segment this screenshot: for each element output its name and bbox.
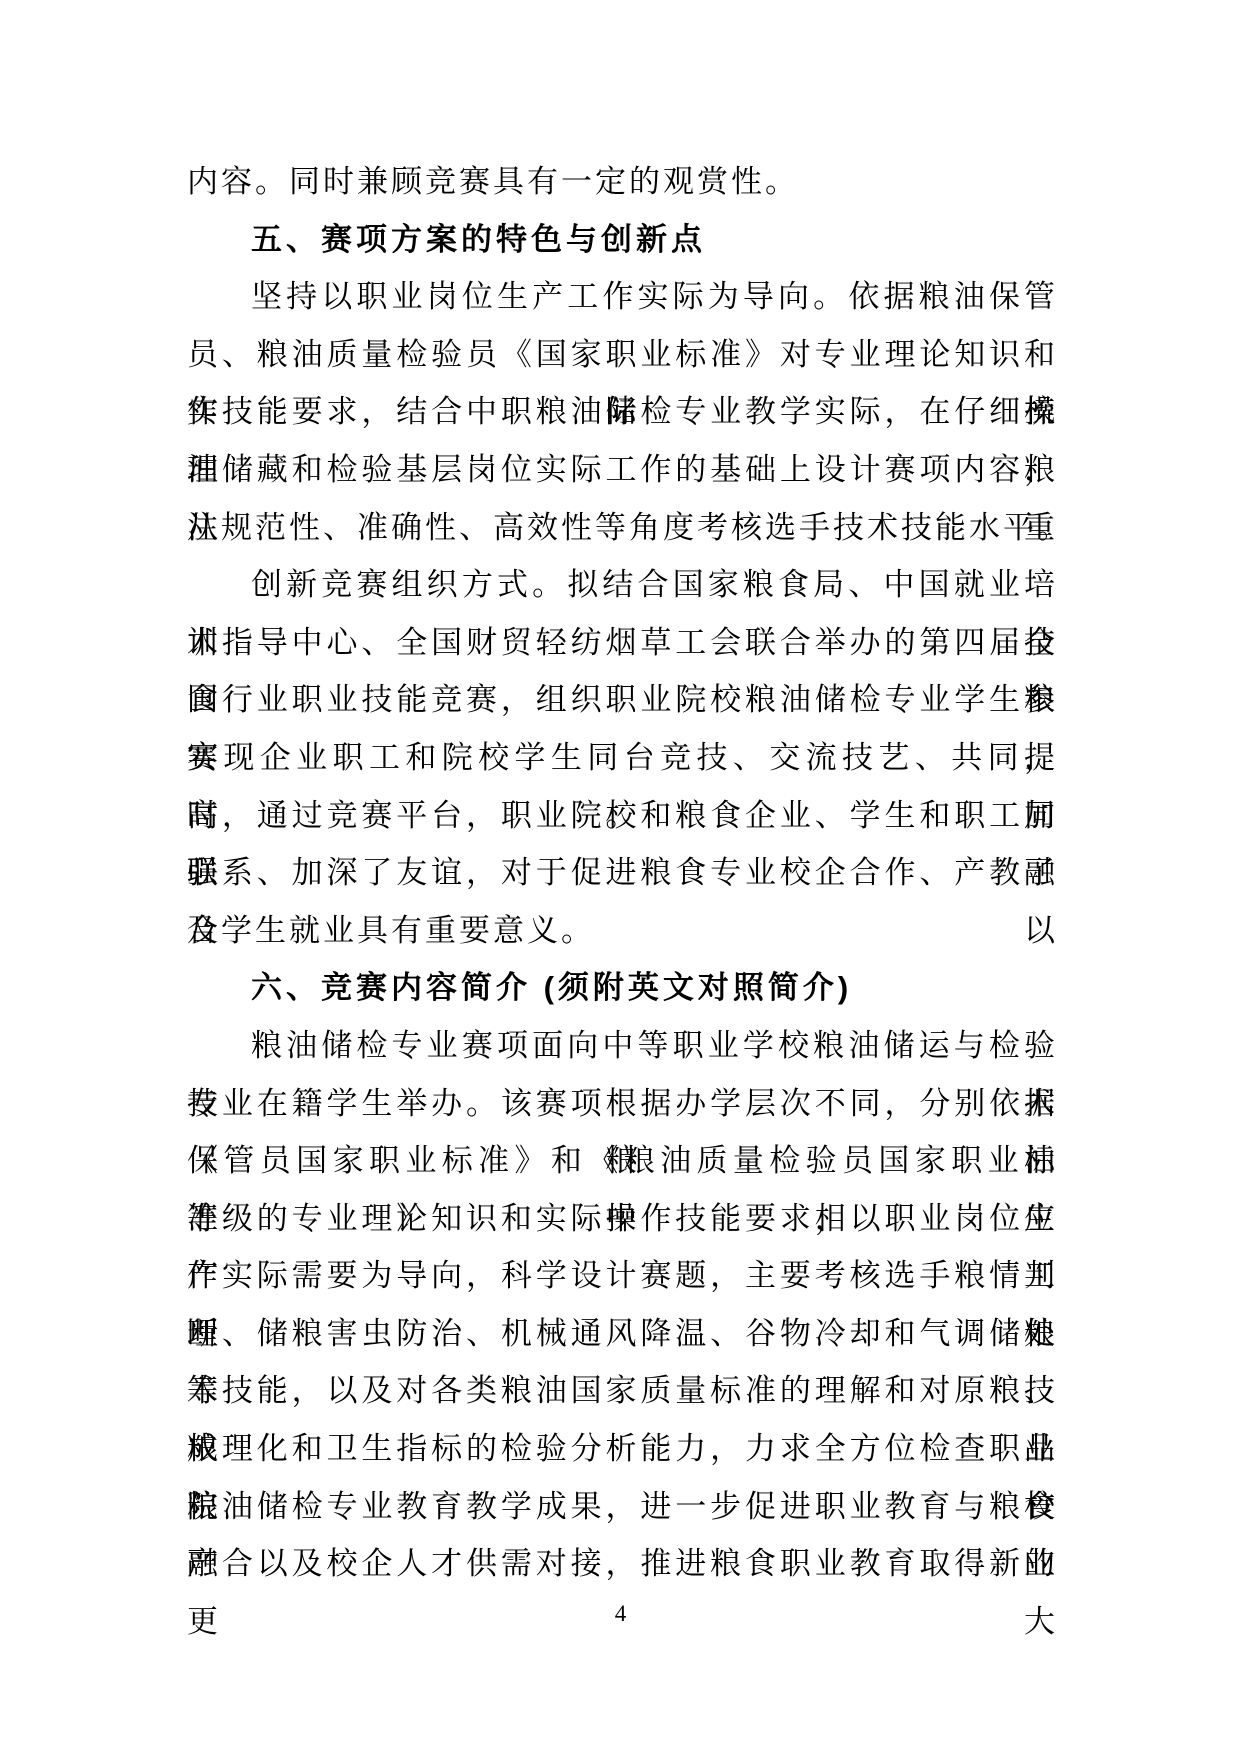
text-line: 保管员国家职业标准》和《粮油质量检验员国家职业标准》中相应 <box>187 1132 1058 1190</box>
text-line: 从规范性、准确性、高效性等角度考核选手技术技能水平。 <box>187 499 1058 557</box>
text-line: 食行业职业技能竞赛，组织职业院校粮油储检专业学生参赛， <box>187 671 1058 729</box>
text-line: 融合以及校企人才供需对接，推进粮食职业教育取得新的更大 <box>187 1535 1058 1593</box>
document-content: 内容。同时兼顾竞赛具有一定的观赏性。五、赛项方案的特色与创新点坚持以职业岗位生产… <box>187 153 1058 1593</box>
section-heading: 五、赛项方案的特色与创新点 <box>187 211 1058 269</box>
section-heading: 六、竞赛内容简介 (须附英文对照简介) <box>187 959 1058 1017</box>
text-line: 等级的专业理论知识和实际操作技能要求，以职业岗位生产工 <box>187 1190 1058 1248</box>
text-line: 作技能要求，结合中职粮油储检专业教学实际，在仔细梳理粮 <box>187 383 1058 441</box>
text-line: 粮油储检专业赛项面向中等职业学校粮油储运与检验技术 <box>187 1017 1058 1075</box>
text-line: 术指导中心、全国财贸轻纺烟草工会联合举办的第四届全国粮 <box>187 614 1058 672</box>
text-line: 员、粮油质量检验员《国家职业标准》对专业理论知识和实际操 <box>187 326 1058 384</box>
text-line: 时，通过竞赛平台，职业院校和粮食企业、学生和职工加强了 <box>187 787 1058 845</box>
text-line: 实现企业职工和院校学生同台竞技、交流技艺、共同提高。同 <box>187 729 1058 787</box>
document-page: 内容。同时兼顾竞赛具有一定的观赏性。五、赛项方案的特色与创新点坚持以职业岗位生产… <box>0 0 1241 1754</box>
text-line: 粮油储检专业教育教学成果，进一步促进职业教育与粮食产业 <box>187 1478 1058 1536</box>
text-line: 术技能，以及对各类粮油国家质量标准的理解和对原粮、成品 <box>187 1362 1058 1420</box>
text-line: 油储藏和检验基层岗位实际工作的基础上设计赛项内容，注重 <box>187 441 1058 499</box>
text-line: 专业在籍学生举办。该赛项根据办学层次不同，分别依据《粮油 <box>187 1075 1058 1133</box>
text-line: 内容。同时兼顾竞赛具有一定的观赏性。 <box>187 153 1058 211</box>
text-line: 粮理化和卫生指标的检验分析能力，力求全方位检查职业院校 <box>187 1420 1058 1478</box>
text-line: 理、储粮害虫防治、机械通风降温、谷物冷却和气调储粮等技 <box>187 1305 1058 1363</box>
text-line: 联系、加深了友谊，对于促进粮食专业校企合作、产教融合以 <box>187 844 1058 902</box>
text-line: 创新竞赛组织方式。拟结合国家粮食局、中国就业培训技 <box>187 556 1058 614</box>
text-line: 坚持以职业岗位生产工作实际为导向。依据粮油保管 <box>187 268 1058 326</box>
page-number: 4 <box>0 1598 1241 1630</box>
text-line: 作实际需要为导向，科学设计赛题，主要考核选手粮情判断处 <box>187 1247 1058 1305</box>
